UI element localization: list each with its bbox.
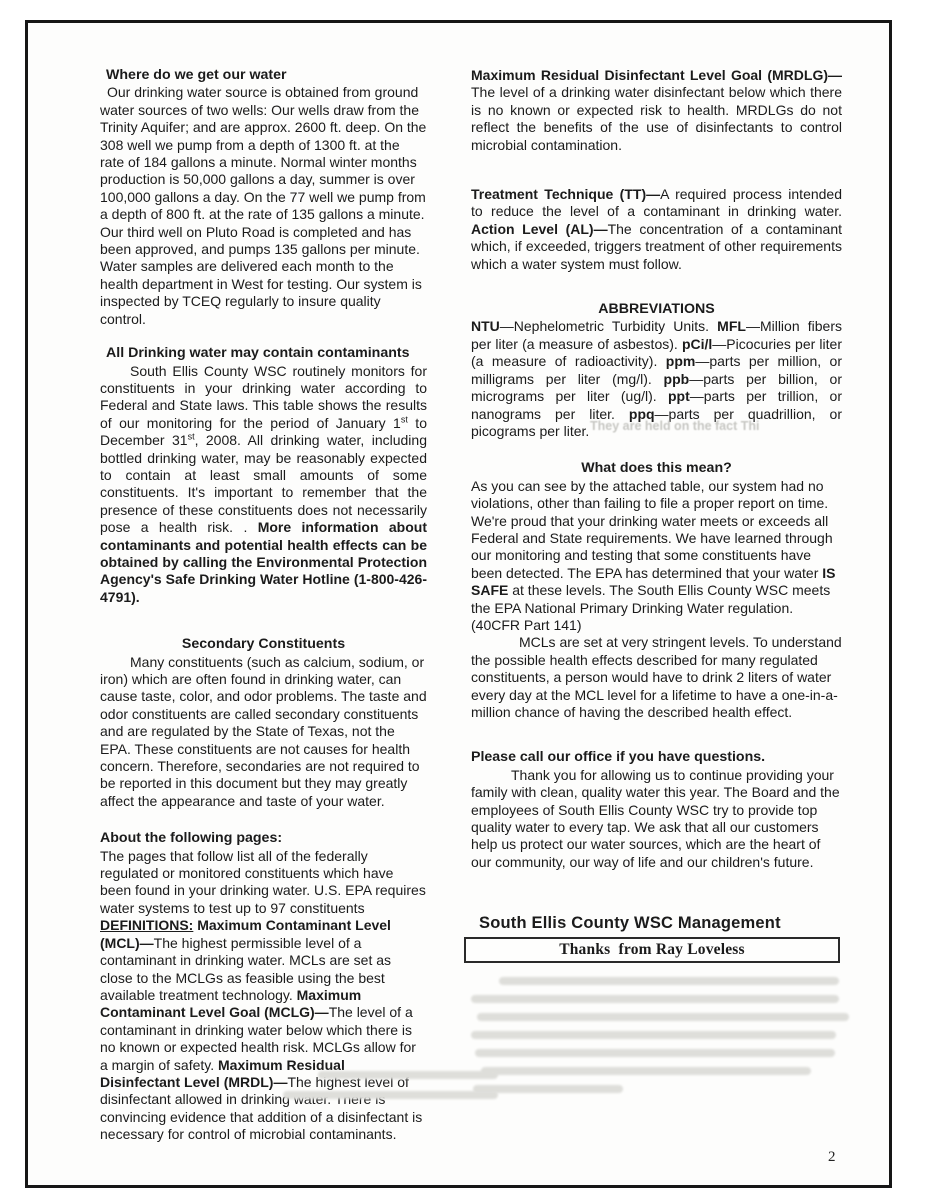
- section-contaminants: All Drinking water may contain contamina…: [100, 345, 427, 606]
- scan-artifact: [471, 1031, 836, 1039]
- scan-artifact: [475, 1049, 835, 1057]
- definitions-paragraph: DEFINITIONS: Maximum Contaminant Level (…: [100, 917, 427, 1143]
- thanks-text: Thanks from Ray Loveless: [559, 941, 745, 958]
- section-what-does-this-mean: What does this mean? As you can see by t…: [471, 460, 842, 721]
- paragraph: South Ellis County WSC routinely monitor…: [100, 363, 427, 607]
- section-heading: About the following pages:: [100, 830, 427, 847]
- treatment-technique-paragraph: Treatment Technique (TT)—A required proc…: [471, 186, 842, 273]
- paragraph: Our drinking water source is obtained fr…: [100, 84, 427, 328]
- thanks-box: Thanks from Ray Loveless: [464, 937, 840, 963]
- scan-artifact: [477, 1013, 849, 1021]
- section-heading: Where do we get our water: [100, 67, 427, 84]
- section-heading: ABBREVIATIONS: [471, 301, 842, 318]
- section-please-call: Please call our office if you have quest…: [471, 749, 842, 871]
- right-column: Maximum Residual Disinfectant Level Goal…: [471, 67, 842, 1161]
- section-heading: Please call our office if you have quest…: [471, 749, 842, 766]
- scan-artifact: [283, 1091, 498, 1099]
- mrdlg-paragraph: Maximum Residual Disinfectant Level Goal…: [471, 67, 842, 154]
- section-water-source: Where do we get our water Our drinking w…: [100, 67, 427, 328]
- section-heading: Secondary Constituents: [100, 636, 427, 653]
- scan-bleedthrough-text: They are held on the fact Thi: [590, 419, 916, 433]
- section-secondary-constituents: Secondary Constituents Many constituents…: [100, 636, 427, 810]
- paragraph: The pages that follow list all of the fe…: [100, 848, 427, 918]
- document-page: Where do we get our water Our drinking w…: [25, 20, 892, 1188]
- scan-bleedthrough-block: [471, 977, 842, 1093]
- page-content: Where do we get our water Our drinking w…: [100, 67, 842, 1161]
- management-signature: South Ellis County WSC Management: [471, 915, 842, 932]
- paragraph: MCLs are set at very stringent levels. T…: [471, 634, 842, 721]
- scan-artifact: [471, 995, 839, 1003]
- scan-artifact: [499, 977, 839, 985]
- page-number: 2: [828, 1149, 836, 1166]
- paragraph: Thank you for allowing us to continue pr…: [471, 767, 842, 871]
- paragraph: As you can see by the attached table, ou…: [471, 478, 842, 635]
- section-heading: All Drinking water may contain contamina…: [100, 345, 427, 362]
- paragraph: Many constituents (such as calcium, sodi…: [100, 654, 427, 811]
- left-column: Where do we get our water Our drinking w…: [100, 67, 427, 1161]
- scan-artifact: [318, 1071, 498, 1079]
- section-heading: What does this mean?: [471, 460, 842, 477]
- scan-artifact: [481, 1067, 811, 1075]
